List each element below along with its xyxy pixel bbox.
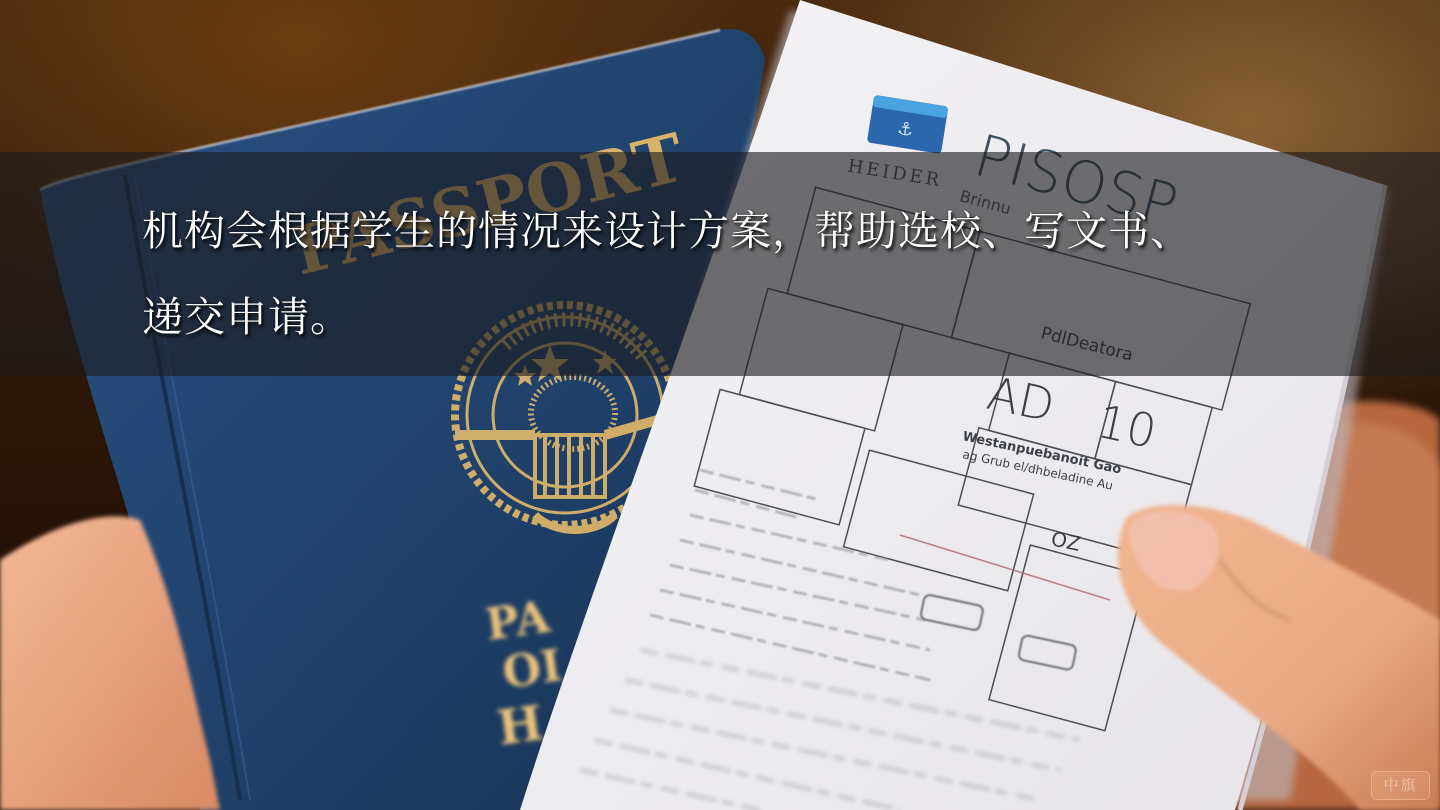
subtitle-line-1: 机构会根据学生的情况来设计方案，帮助选校、写文书、 (142, 207, 1192, 255)
watermark-logo: 中旗 (1371, 771, 1430, 800)
video-frame: PASSPORT PA OI H (0, 0, 1440, 810)
background-photo: PASSPORT PA OI H (0, 0, 1440, 810)
svg-text:⚓: ⚓ (896, 118, 915, 141)
subtitle-text: 机构会根据学生的情况来设计方案，帮助选校、写文书、 递交申请。 (142, 188, 1342, 360)
svg-text:OI: OI (499, 640, 564, 699)
subtitle-line-2: 递交申请。 (142, 293, 352, 341)
svg-text:H: H (494, 695, 547, 757)
